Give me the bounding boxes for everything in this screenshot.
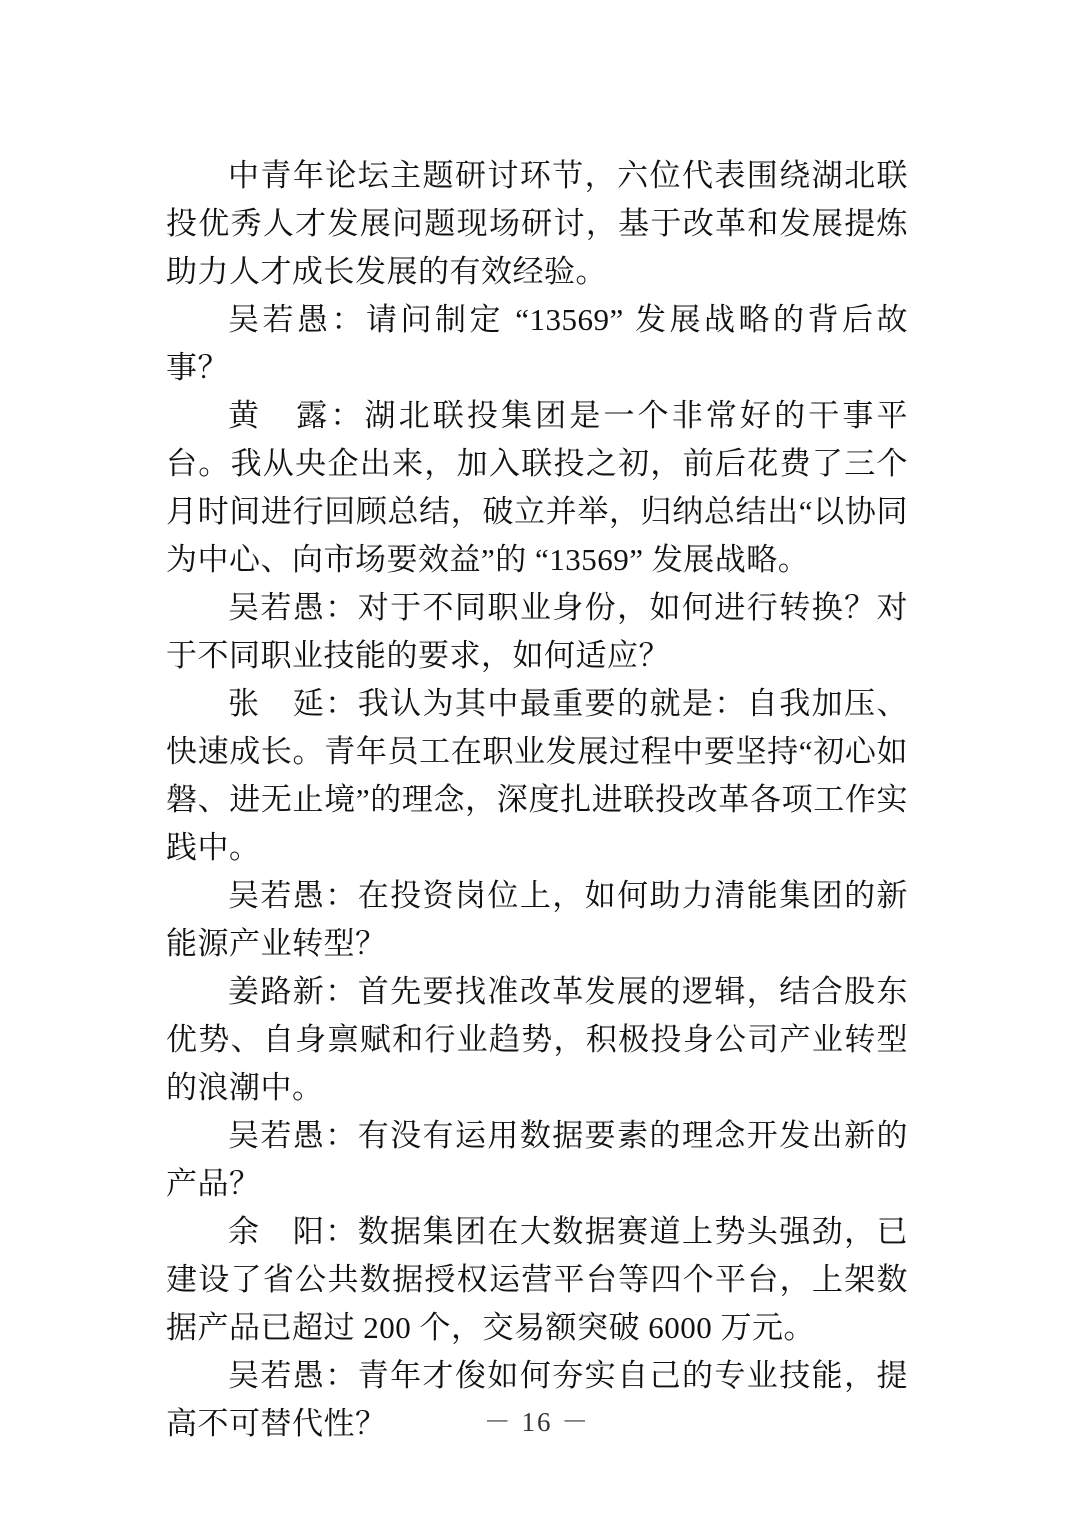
paragraph-answer-yu-yang: 余 阳：数据集团在大数据赛道上势头强劲，已建设了省公共数据授权运营平台等四个平台… <box>166 1208 908 1352</box>
paragraph-question-invest: 吴若愚：在投资岗位上，如何助力清能集团的新能源产业转型？ <box>166 872 908 968</box>
paragraph-answer-zhang-yan: 张 延：我认为其中最重要的就是：自我加压、快速成长。青年员工在职业发展过程中要坚… <box>166 680 908 872</box>
document-page: 中青年论坛主题研讨环节，六位代表围绕湖北联投优秀人才发展问题现场研讨，基于改革和… <box>0 0 1074 1520</box>
paragraph-question-career: 吴若愚：对于不同职业身份，如何进行转换？对于不同职业技能的要求，如何适应？ <box>166 584 908 680</box>
page-footer: － 16 － <box>0 1400 1074 1439</box>
paragraph-intro: 中青年论坛主题研讨环节，六位代表围绕湖北联投优秀人才发展问题现场研讨，基于改革和… <box>166 152 908 296</box>
paragraph-question-data: 吴若愚：有没有运用数据要素的理念开发出新的产品？ <box>166 1112 908 1208</box>
page-number: － 16 － <box>484 1407 591 1437</box>
paragraph-answer-jiang-luxin: 姜路新：首先要找准改革发展的逻辑，结合股东优势、自身禀赋和行业趋势，积极投身公司… <box>166 968 908 1112</box>
document-body: 中青年论坛主题研讨环节，六位代表围绕湖北联投优秀人才发展问题现场研讨，基于改革和… <box>166 152 908 1448</box>
paragraph-answer-huang-lu: 黄 露：湖北联投集团是一个非常好的干事平台。我从央企出来，加入联投之初，前后花费… <box>166 392 908 584</box>
paragraph-question-strategy: 吴若愚：请问制定 “13569” 发展战略的背后故事？ <box>166 296 908 392</box>
